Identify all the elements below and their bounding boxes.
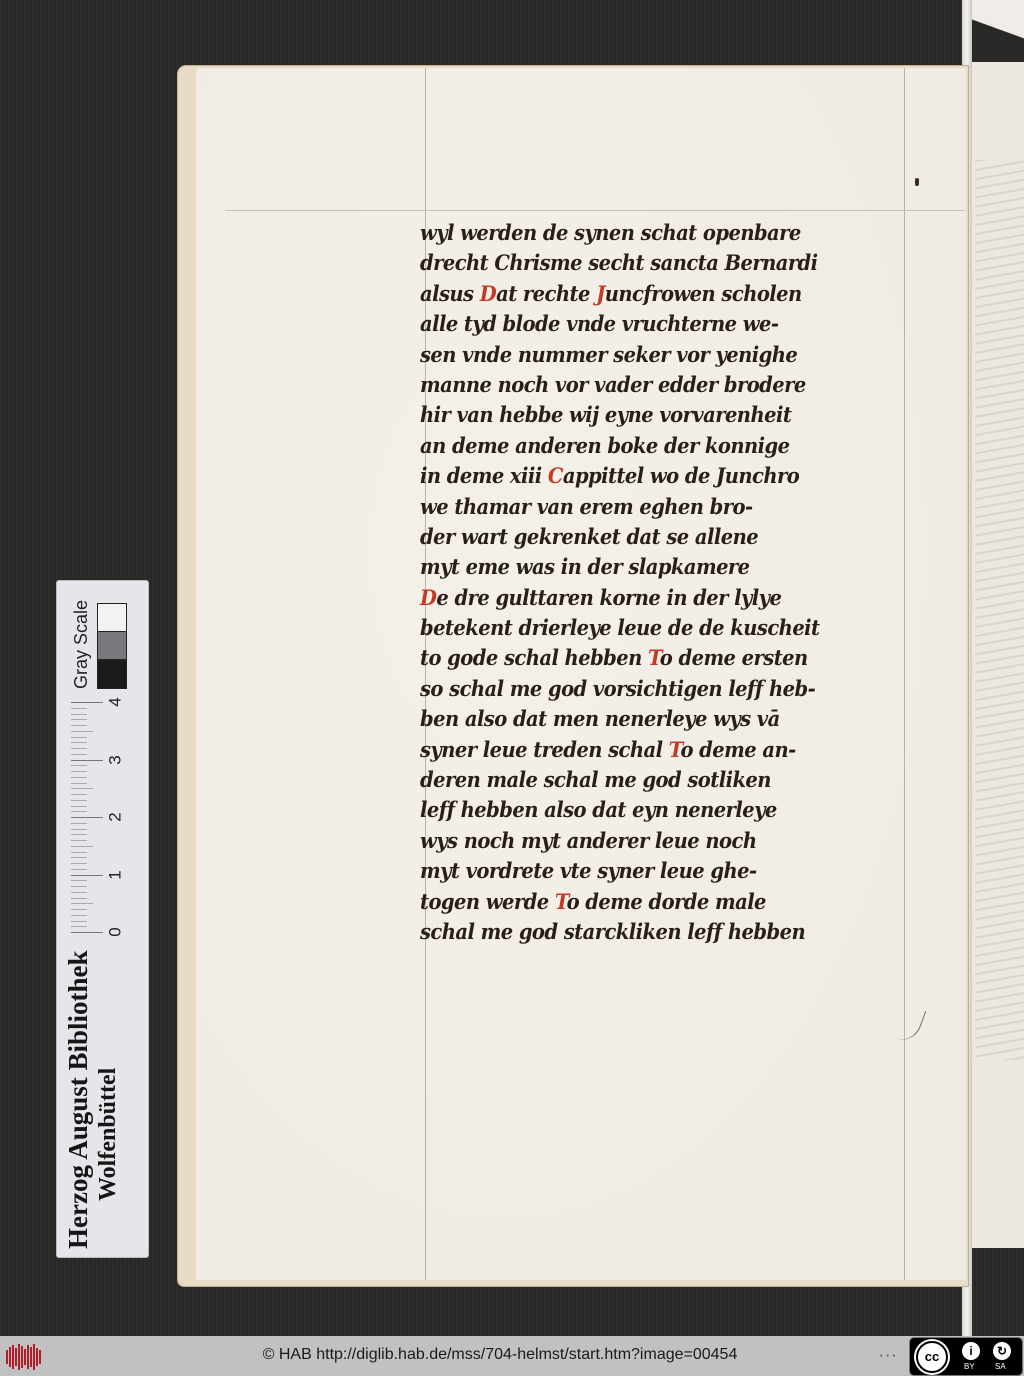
sa-label: SA bbox=[995, 1362, 1006, 1371]
manuscript-line: myt eme was in der slapkamere bbox=[420, 552, 904, 582]
manuscript-line: deren male schal me god sotliken bbox=[420, 765, 904, 795]
line-text: myt vordrete vte syner leue ghe- bbox=[420, 858, 757, 883]
line-text: ben also dat men nenerleye wys vā bbox=[420, 706, 780, 731]
rubricated-initial: T bbox=[669, 737, 681, 762]
institution-name: Herzog August Bibliothek bbox=[63, 950, 94, 1249]
minor-tick bbox=[71, 834, 87, 835]
by-attribution-icon: i bbox=[962, 1342, 980, 1360]
ruling-line-top bbox=[225, 210, 965, 211]
manuscript-line: De dre gulttaren korne in der lylye bbox=[420, 583, 904, 613]
manuscript-line: in deme xiii Cappittel wo de Junchro bbox=[420, 461, 904, 491]
major-tick bbox=[71, 702, 103, 703]
minor-tick bbox=[71, 846, 93, 847]
gray-scale-label: Gray Scale bbox=[71, 600, 92, 689]
minor-tick bbox=[71, 840, 87, 841]
minor-tick bbox=[71, 777, 87, 778]
line-text: o deme dorde male bbox=[567, 889, 766, 914]
manuscript-line: wyl werden de synen schat openbare bbox=[420, 218, 904, 248]
minor-tick bbox=[71, 903, 93, 904]
minor-tick bbox=[71, 857, 87, 858]
minor-tick bbox=[71, 714, 87, 715]
major-tick bbox=[71, 760, 103, 761]
minor-tick bbox=[71, 731, 93, 732]
minor-tick bbox=[71, 892, 87, 893]
footer-bar: © HAB http://diglib.hab.de/mss/704-helms… bbox=[0, 1336, 1024, 1376]
line-text: deren male schal me god sotliken bbox=[420, 767, 771, 792]
line-text: schal me god starckliken leff hebben bbox=[420, 919, 805, 944]
minor-tick bbox=[71, 742, 87, 743]
line-text: syner leue treden schal bbox=[420, 737, 669, 762]
line-text: togen werde bbox=[420, 889, 555, 914]
manuscript-line: alle tyd blode vnde vruchterne we- bbox=[420, 309, 904, 339]
line-text: at rechte bbox=[496, 281, 596, 306]
tick-number: 1 bbox=[106, 870, 126, 879]
line-text: so schal me god vorsichtigen leff heb- bbox=[420, 676, 815, 701]
gray-swatch bbox=[98, 604, 126, 632]
minor-tick bbox=[71, 915, 87, 916]
manuscript-line: myt vordrete vte syner leue ghe- bbox=[420, 856, 904, 886]
line-text: betekent drierleye leue de de kuscheit bbox=[420, 615, 820, 640]
tick-number: 0 bbox=[106, 927, 126, 936]
minor-tick bbox=[71, 754, 87, 755]
manuscript-line: wys noch myt anderer leue noch bbox=[420, 826, 904, 856]
manuscript-line: betekent drierleye leue de de kuscheit bbox=[420, 613, 904, 643]
manuscript-line: der wart gekrenket dat se allene bbox=[420, 522, 904, 552]
minor-tick bbox=[71, 788, 93, 789]
copyright-link[interactable]: © HAB http://diglib.hab.de/mss/704-helms… bbox=[263, 1346, 738, 1363]
major-tick bbox=[71, 932, 103, 933]
manuscript-line: drecht Chrisme secht sancta Bernardi bbox=[420, 248, 904, 278]
manuscript-line: leff hebben also dat eyn nenerleye bbox=[420, 795, 904, 825]
line-text: wys noch myt anderer leue noch bbox=[420, 828, 757, 853]
line-text: hir van hebbe wij eyne vorvarenheit bbox=[420, 402, 791, 427]
line-text: o deme an- bbox=[680, 737, 795, 762]
major-tick bbox=[71, 817, 103, 818]
minor-tick bbox=[71, 765, 87, 766]
minor-tick bbox=[71, 921, 87, 922]
rubricated-initial: C bbox=[548, 463, 563, 488]
institution-city: Wolfenbüttel bbox=[95, 1068, 122, 1201]
minor-tick bbox=[71, 719, 87, 720]
line-text: to gode schal hebben bbox=[420, 645, 648, 670]
minor-tick bbox=[71, 898, 87, 899]
line-text: uncfrowen scholen bbox=[605, 281, 802, 306]
small-dots: • • • bbox=[880, 1353, 896, 1360]
manuscript-line: to gode schal hebben To deme ersten bbox=[420, 643, 904, 673]
line-text: der wart gekrenket dat se allene bbox=[420, 524, 758, 549]
major-tick bbox=[71, 875, 103, 876]
minor-tick bbox=[71, 811, 87, 812]
line-text: alsus bbox=[420, 281, 480, 306]
line-text: an deme anderen boke der konnige bbox=[420, 433, 789, 458]
minor-tick bbox=[71, 909, 87, 910]
line-text: wyl werden de synen schat openbare bbox=[420, 220, 801, 245]
facing-page-corner bbox=[968, 0, 1024, 64]
minor-tick bbox=[71, 880, 87, 881]
line-text: appittel wo de Junchro bbox=[563, 463, 799, 488]
line-text: we thamar van erem eghen bro- bbox=[420, 494, 753, 519]
manuscript-line: syner leue treden schal To deme an- bbox=[420, 735, 904, 765]
rubricated-initial: T bbox=[648, 645, 660, 670]
color-reference-ruler: Herzog August Bibliothek Wolfenbüttel Gr… bbox=[57, 581, 148, 1257]
cc-license-badge[interactable]: cc i BY ↻ SA bbox=[910, 1338, 1022, 1375]
line-text: e dre gulttaren korne in der lylye bbox=[436, 585, 781, 610]
minor-tick bbox=[71, 926, 87, 927]
facing-page-show-through bbox=[975, 160, 1024, 1060]
minor-tick bbox=[71, 725, 87, 726]
minor-tick bbox=[71, 852, 87, 853]
minor-tick bbox=[71, 823, 87, 824]
line-text: sen vnde nummer seker vor yenighe bbox=[420, 342, 797, 367]
rubricated-initial: D bbox=[480, 281, 496, 306]
minor-tick bbox=[71, 748, 87, 749]
line-text: in deme xiii bbox=[420, 463, 548, 488]
line-text: alle tyd blode vnde vruchterne we- bbox=[420, 311, 778, 336]
minor-tick bbox=[71, 869, 87, 870]
minor-tick bbox=[71, 806, 87, 807]
manuscript-line: an deme anderen boke der konnige bbox=[420, 431, 904, 461]
minor-tick bbox=[71, 737, 87, 738]
manuscript-viewer: wyl werden de synen schat openbaredrecht… bbox=[0, 0, 1024, 1336]
gray-swatch bbox=[98, 660, 126, 688]
tick-number: 4 bbox=[106, 697, 126, 706]
minor-tick bbox=[71, 794, 87, 795]
manuscript-text-block: wyl werden de synen schat openbaredrecht… bbox=[420, 218, 940, 947]
manuscript-line: sen vnde nummer seker vor yenighe bbox=[420, 340, 904, 370]
by-label: BY bbox=[964, 1362, 975, 1371]
minor-tick bbox=[71, 771, 87, 772]
minor-tick bbox=[71, 886, 87, 887]
minor-tick bbox=[71, 863, 87, 864]
line-text: o deme ersten bbox=[660, 645, 808, 670]
tick-number: 3 bbox=[106, 755, 126, 764]
line-text: myt eme was in der slapkamere bbox=[420, 554, 750, 579]
manuscript-line: togen werde To deme dorde male bbox=[420, 887, 904, 917]
manuscript-line: hir van hebbe wij eyne vorvarenheit bbox=[420, 400, 904, 430]
line-text: drecht Chrisme secht sancta Bernardi bbox=[420, 250, 818, 275]
rubricated-initial: J bbox=[596, 281, 605, 306]
minor-tick bbox=[71, 800, 87, 801]
rubricated-initial: D bbox=[420, 585, 436, 610]
manuscript-line: so schal me god vorsichtigen leff heb- bbox=[420, 674, 904, 704]
minor-tick bbox=[71, 829, 87, 830]
line-text: leff hebben also dat eyn nenerleye bbox=[420, 797, 777, 822]
manuscript-line: schal me god starckliken leff hebben bbox=[420, 917, 904, 947]
manuscript-line: manne noch vor vader edder brodere bbox=[420, 370, 904, 400]
manuscript-line: ben also dat men nenerleye wys vā bbox=[420, 704, 904, 734]
rubricated-initial: T bbox=[555, 889, 567, 914]
gray-swatch bbox=[98, 632, 126, 660]
line-text: manne noch vor vader edder brodere bbox=[420, 372, 806, 397]
manuscript-line: we thamar van erem eghen bro- bbox=[420, 492, 904, 522]
ink-mark bbox=[915, 178, 919, 186]
minor-tick bbox=[71, 783, 87, 784]
sa-share-alike-icon: ↻ bbox=[993, 1342, 1011, 1360]
manuscript-line: alsus Dat rechte Juncfrowen scholen bbox=[420, 279, 904, 309]
tick-number: 2 bbox=[106, 812, 126, 821]
cc-icon: cc bbox=[916, 1341, 948, 1373]
minor-tick bbox=[71, 708, 87, 709]
